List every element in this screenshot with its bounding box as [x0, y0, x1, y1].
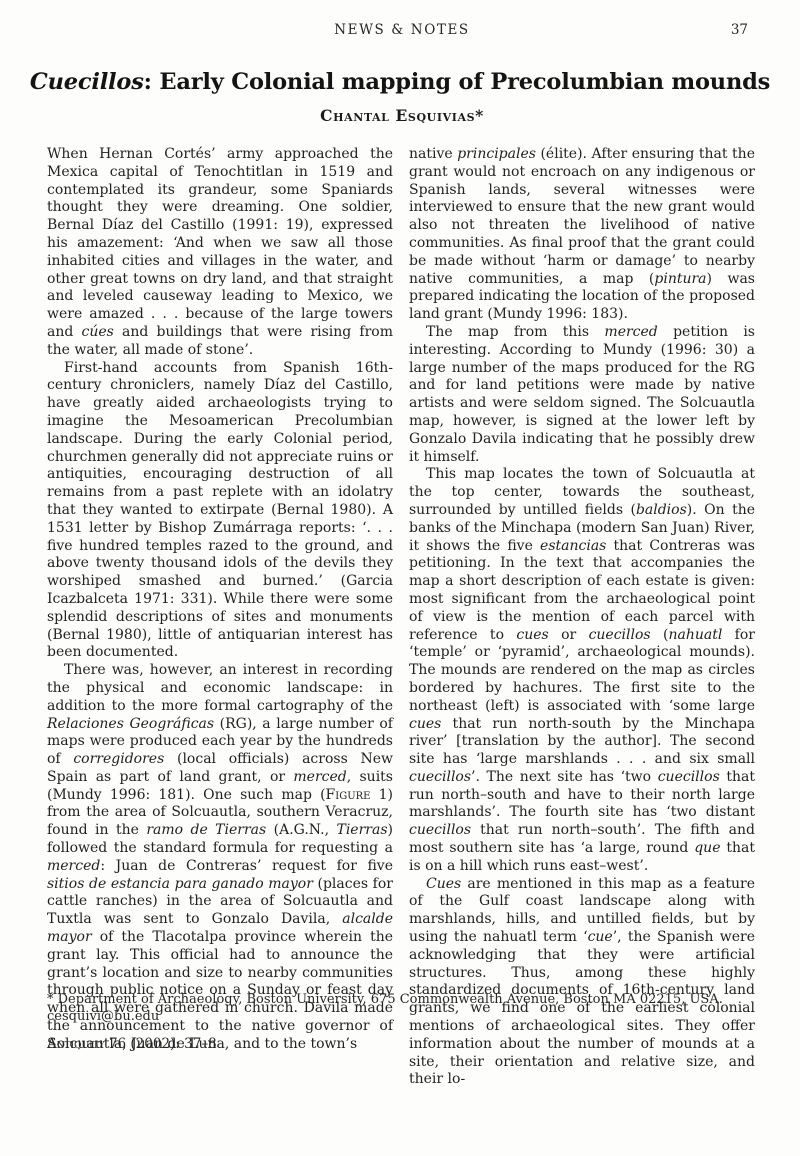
- right-column: native principales (élite). After ensuri…: [409, 146, 755, 1089]
- italic-text-run: merced: [293, 769, 346, 785]
- text-run: : Juan de Contreras’ request for five: [100, 858, 393, 874]
- italic-text-run: cues: [409, 716, 441, 732]
- italic-text-run: cuecillos: [658, 769, 720, 785]
- text-run: There was, however, an interest in recor…: [47, 662, 393, 714]
- text-run: First-hand accounts from Spanish 16th-ce…: [47, 360, 393, 661]
- text-run: that run north-south by the Minchapa riv…: [409, 716, 755, 768]
- italic-text-run: cuecillos: [409, 822, 471, 838]
- journal-page: NEWS & NOTES 37 Cuecillos: Early Colonia…: [0, 0, 800, 1156]
- author-name: Chantal Esquivias*: [47, 106, 757, 125]
- running-head: NEWS & NOTES: [47, 22, 757, 38]
- article-title: Cuecillos: Early Colonial mapping of Pre…: [20, 69, 780, 95]
- paragraph: First-hand accounts from Spanish 16th-ce…: [47, 360, 393, 663]
- paragraph: The map from this merced petition is int…: [409, 324, 755, 466]
- text-run: (élite). After ensuring that the grant w…: [409, 146, 755, 287]
- italic-text-run: sitios de estancia para ganado mayor: [47, 876, 313, 892]
- text-run: When Hernan Cortés’ army approached the …: [47, 146, 393, 340]
- italic-text-run: Cuecillos: [30, 69, 144, 95]
- paragraph: native principales (élite). After ensuri…: [409, 146, 755, 324]
- italic-text-run: ramo de Tierras: [146, 822, 266, 838]
- footnote-affiliation: * Department of Archaeology, Boston Univ…: [47, 992, 757, 1009]
- italic-text-run: cuecillos: [589, 627, 651, 643]
- text-run: native: [409, 146, 457, 162]
- text-run: 76 (2002): 37–8: [105, 1036, 217, 1052]
- italic-text-run: baldios: [636, 502, 687, 518]
- text-run: : Early Colonial mapping of Precolumbian…: [144, 69, 770, 95]
- italic-text-run: nahuatl: [668, 627, 722, 643]
- text-run: or: [549, 627, 589, 643]
- italic-text-run: corregidores: [73, 751, 164, 767]
- text-run: of the Tlacotalpa province wherein the g…: [47, 929, 393, 1052]
- smallcaps-text-run: Antiquity: [47, 1036, 105, 1052]
- text-run: petition is interesting. According to Mu…: [409, 324, 755, 465]
- text-run: ’. The next site has ‘two: [471, 769, 658, 785]
- italic-text-run: cues: [516, 627, 548, 643]
- italic-text-run: Cues: [426, 876, 461, 892]
- paragraph: When Hernan Cortés’ army approached the …: [47, 146, 393, 360]
- italic-text-run: cuecillos: [409, 769, 471, 785]
- italic-text-run: que: [694, 840, 720, 856]
- footnote: * Department of Archaeology, Boston Univ…: [47, 992, 757, 1026]
- italic-text-run: merced: [604, 324, 657, 340]
- text-run: The map from this: [426, 324, 604, 340]
- footnote-email: cesquivi@bu.edu: [47, 1009, 757, 1026]
- italic-text-run: pintura: [654, 271, 706, 287]
- italic-text-run: Tierras: [336, 822, 387, 838]
- italic-text-run: Relaciones Geográficas: [47, 716, 214, 732]
- italic-text-run: estancias: [540, 538, 606, 554]
- paragraph: This map locates the town of Solcuautla …: [409, 466, 755, 875]
- text-run: (A.G.N.,: [266, 822, 336, 838]
- paragraph: Cues are mentioned in this map as a feat…: [409, 876, 755, 1090]
- italic-text-run: principales: [457, 146, 536, 162]
- italic-text-run: cúes: [82, 324, 114, 340]
- smallcaps-text-run: Figure: [326, 787, 371, 803]
- article-body: When Hernan Cortés’ army approached the …: [47, 146, 755, 1089]
- text-run: (: [651, 627, 669, 643]
- page-number: 37: [731, 22, 748, 38]
- left-column: When Hernan Cortés’ army approached the …: [47, 146, 393, 1089]
- italic-text-run: cue: [588, 929, 613, 945]
- journal-citation: Antiquity 76 (2002): 37–8: [47, 1036, 217, 1052]
- italic-text-run: merced: [47, 858, 100, 874]
